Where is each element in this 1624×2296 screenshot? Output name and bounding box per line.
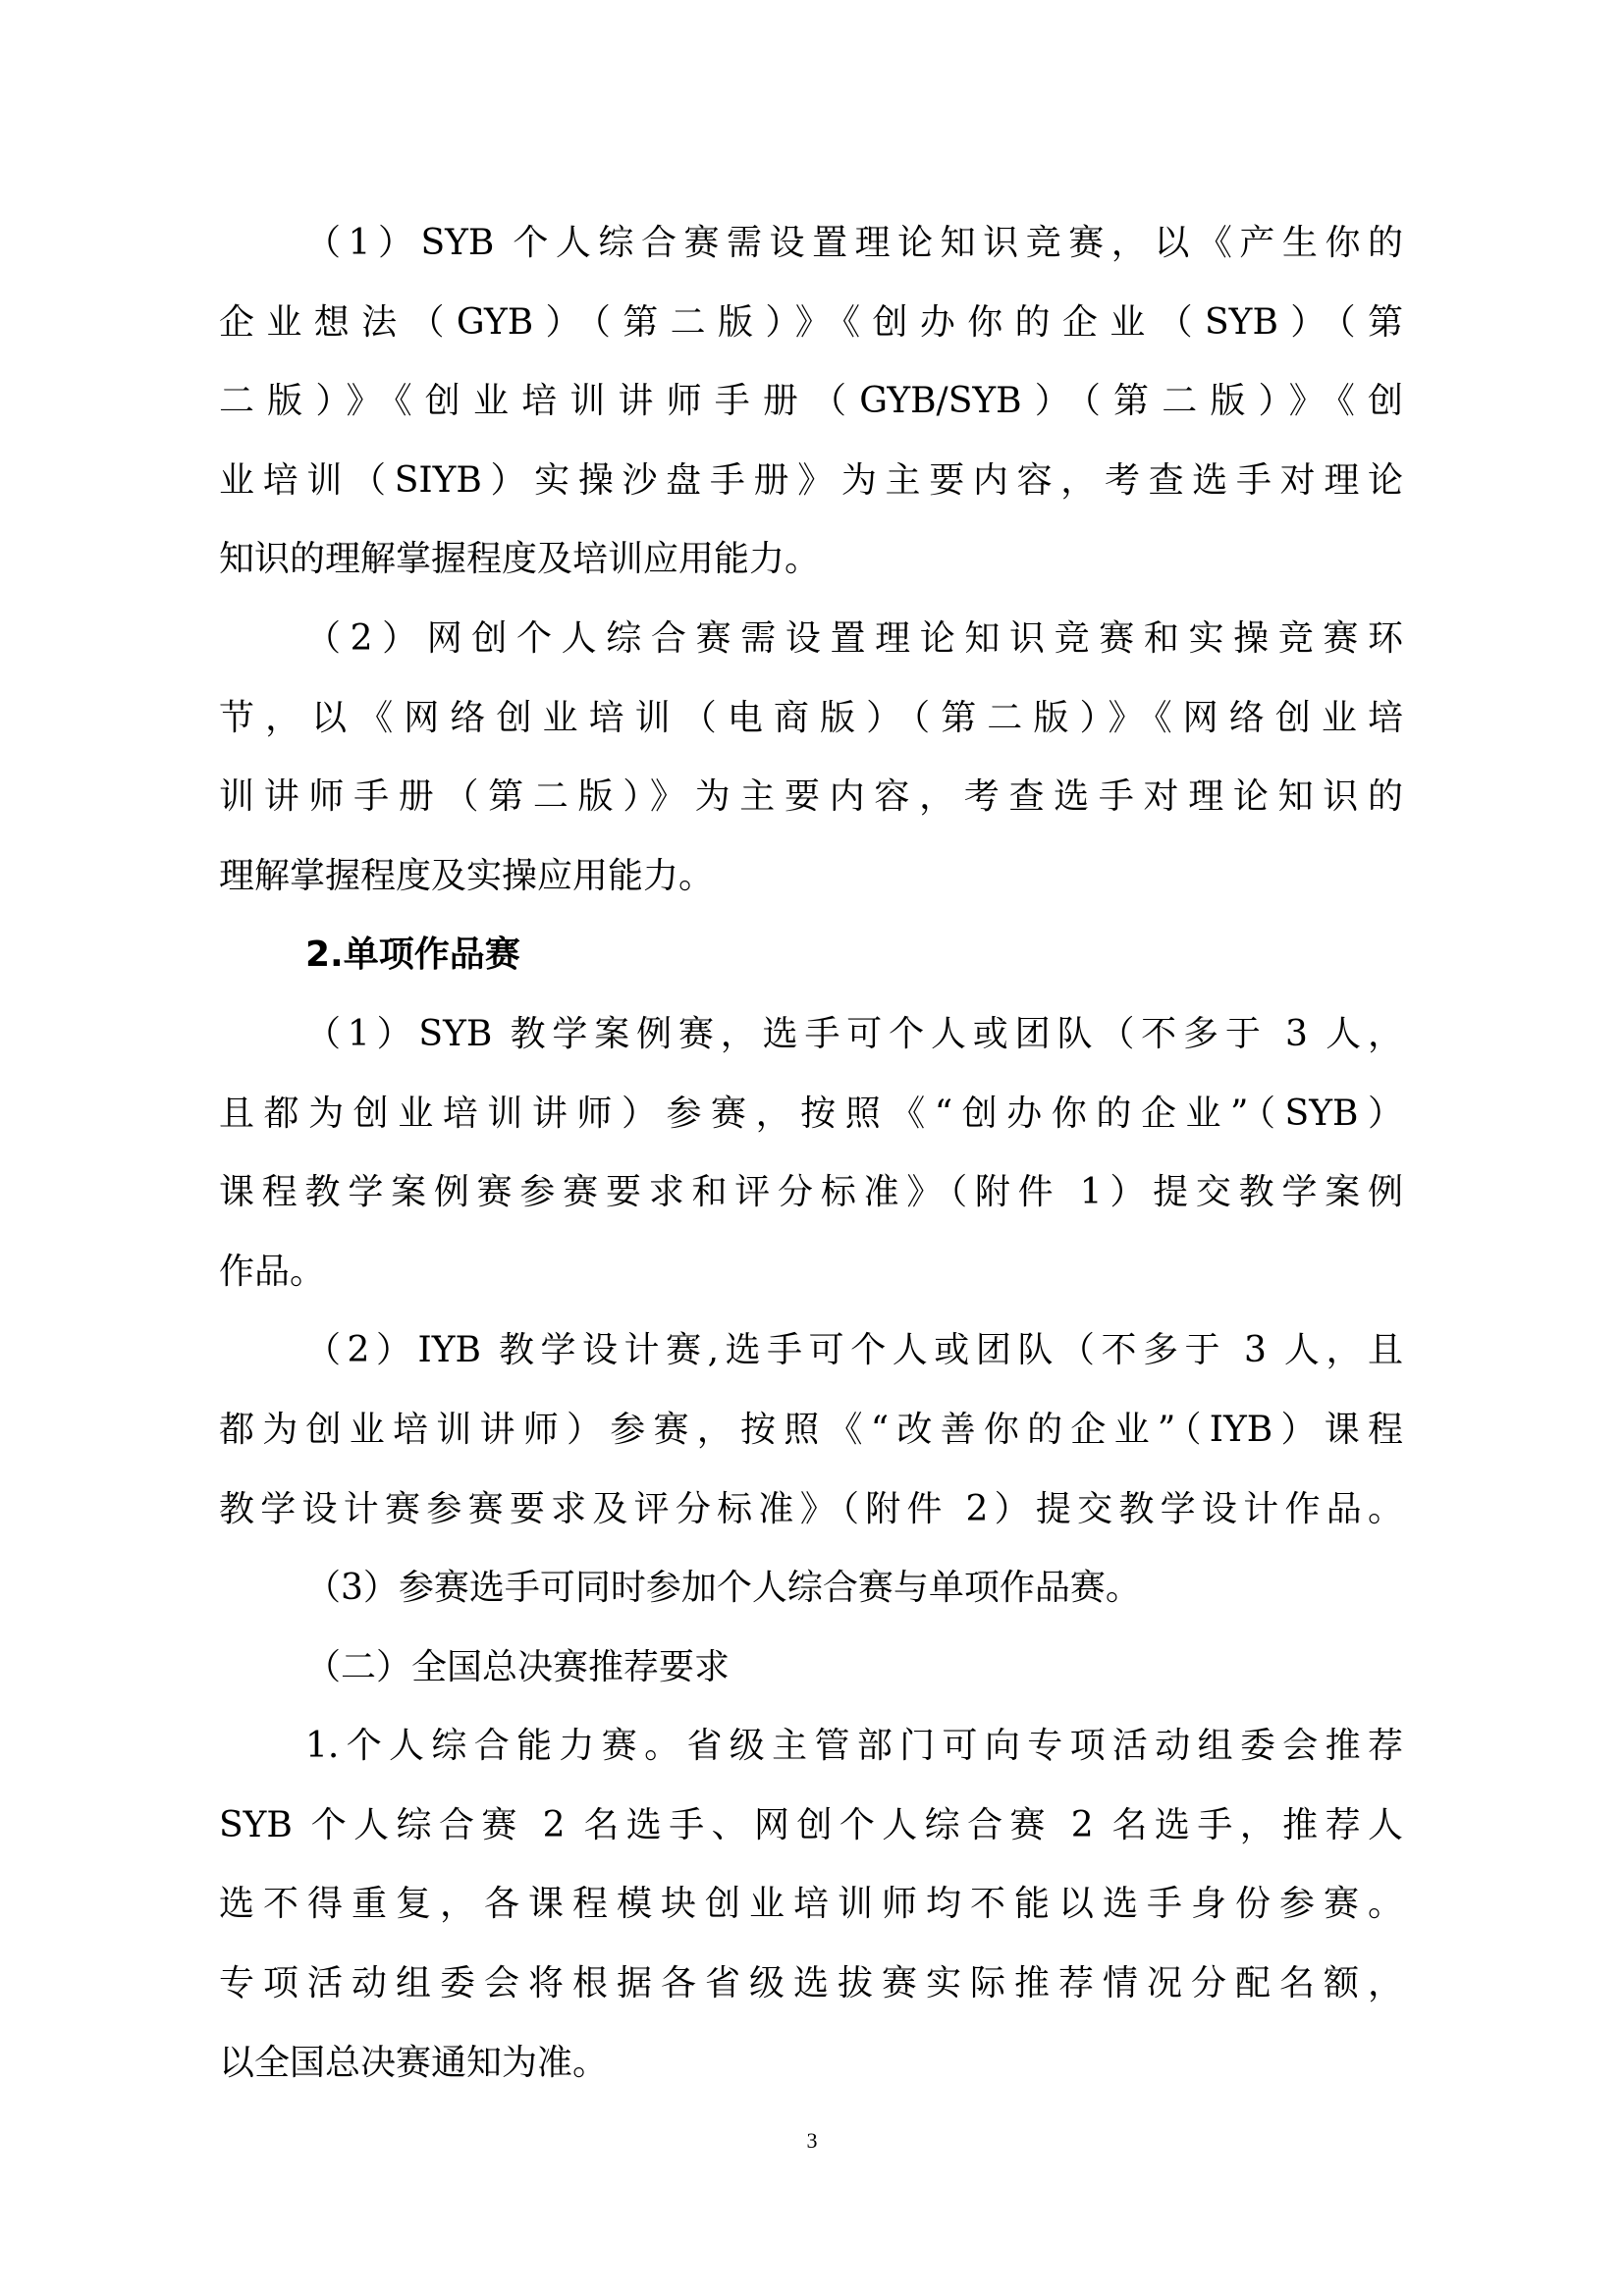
section-subheading-national-final: （二）全国总决赛推荐要求	[219, 1629, 1403, 1708]
paragraph-individual-ability: 1.个人综合能力赛。省级主管部门可向专项活动组委会推荐 SYB 个人综合赛 2 …	[219, 1707, 1403, 2103]
text-line: 知识的理解掌握程度及培训应用能力。	[219, 520, 1403, 600]
text-line: 且都为创业培训讲师）参赛，按照《“创办你的企业”（SYB）	[219, 1075, 1403, 1154]
text-line: 专项活动组委会将根据各省级选拔赛实际推荐情况分配名额，	[219, 1945, 1403, 2024]
page-number: 3	[0, 2128, 1624, 2154]
text-line: SYB 个人综合赛 2 名选手、网创个人综合赛 2 名选手，推荐人	[219, 1787, 1403, 1866]
text-line: 作品。	[219, 1233, 1403, 1312]
document-page: （1）SYB 个人综合赛需设置理论知识竞赛，以《产生你的 企业想法（GYB）（第…	[0, 0, 1624, 2296]
text-line: （1）SYB 教学案例赛，选手可个人或团队（不多于 3 人，	[219, 995, 1403, 1075]
heading-text: 2.单项作品赛	[219, 916, 1403, 995]
text-line: 课程教学案例赛参赛要求和评分标准》（附件 1）提交教学案例	[219, 1153, 1403, 1233]
paragraph-syb-individual: （1）SYB 个人综合赛需设置理论知识竞赛，以《产生你的 企业想法（GYB）（第…	[219, 204, 1403, 600]
text-line: 训讲师手册（第二版）》为主要内容，考查选手对理论知识的	[219, 758, 1403, 837]
section-heading-single-works: 2.单项作品赛	[219, 916, 1403, 995]
text-line: 理解掌握程度及实操应用能力。	[219, 837, 1403, 917]
text-line: 节，以《网络创业培训（电商版）（第二版）》《网络创业培	[219, 679, 1403, 759]
text-line: 教学设计赛参赛要求及评分标准》（附件 2）提交教学设计作品。	[219, 1470, 1403, 1550]
text-line: （2）网创个人综合赛需设置理论知识竞赛和实操竞赛环	[219, 600, 1403, 679]
paragraph-iyb-design: （2）IYB 教学设计赛,选手可个人或团队（不多于 3 人，且 都为创业培训讲师…	[219, 1311, 1403, 1549]
text-line: 都为创业培训讲师）参赛，按照《“改善你的企业”（IYB）课程	[219, 1391, 1403, 1470]
text-line: 二版）》《创业培训讲师手册（GYB/SYB）（第二版）》《创	[219, 362, 1403, 442]
text-line: （2）IYB 教学设计赛,选手可个人或团队（不多于 3 人，且	[219, 1311, 1403, 1391]
paragraph-dual-entry: （3）参赛选手可同时参加个人综合赛与单项作品赛。	[219, 1549, 1403, 1629]
paragraph-syb-case: （1）SYB 教学案例赛，选手可个人或团队（不多于 3 人， 且都为创业培训讲师…	[219, 995, 1403, 1311]
text-line: 以全国总决赛通知为准。	[219, 2024, 1403, 2104]
text-line: （3）参赛选手可同时参加个人综合赛与单项作品赛。	[219, 1549, 1403, 1629]
subheading-text: （二）全国总决赛推荐要求	[219, 1629, 1403, 1708]
text-line: （1）SYB 个人综合赛需设置理论知识竞赛，以《产生你的	[219, 204, 1403, 284]
text-line: 企业想法（GYB）（第二版）》《创办你的企业（SYB）（第	[219, 284, 1403, 363]
text-line: 1.个人综合能力赛。省级主管部门可向专项活动组委会推荐	[219, 1707, 1403, 1787]
text-line: 业培训（SIYB）实操沙盘手册》为主要内容，考查选手对理论	[219, 442, 1403, 521]
paragraph-online-individual: （2）网创个人综合赛需设置理论知识竞赛和实操竞赛环 节，以《网络创业培训（电商版…	[219, 600, 1403, 916]
document-body: （1）SYB 个人综合赛需设置理论知识竞赛，以《产生你的 企业想法（GYB）（第…	[219, 204, 1403, 2103]
text-line: 选不得重复，各课程模块创业培训师均不能以选手身份参赛。	[219, 1865, 1403, 1945]
